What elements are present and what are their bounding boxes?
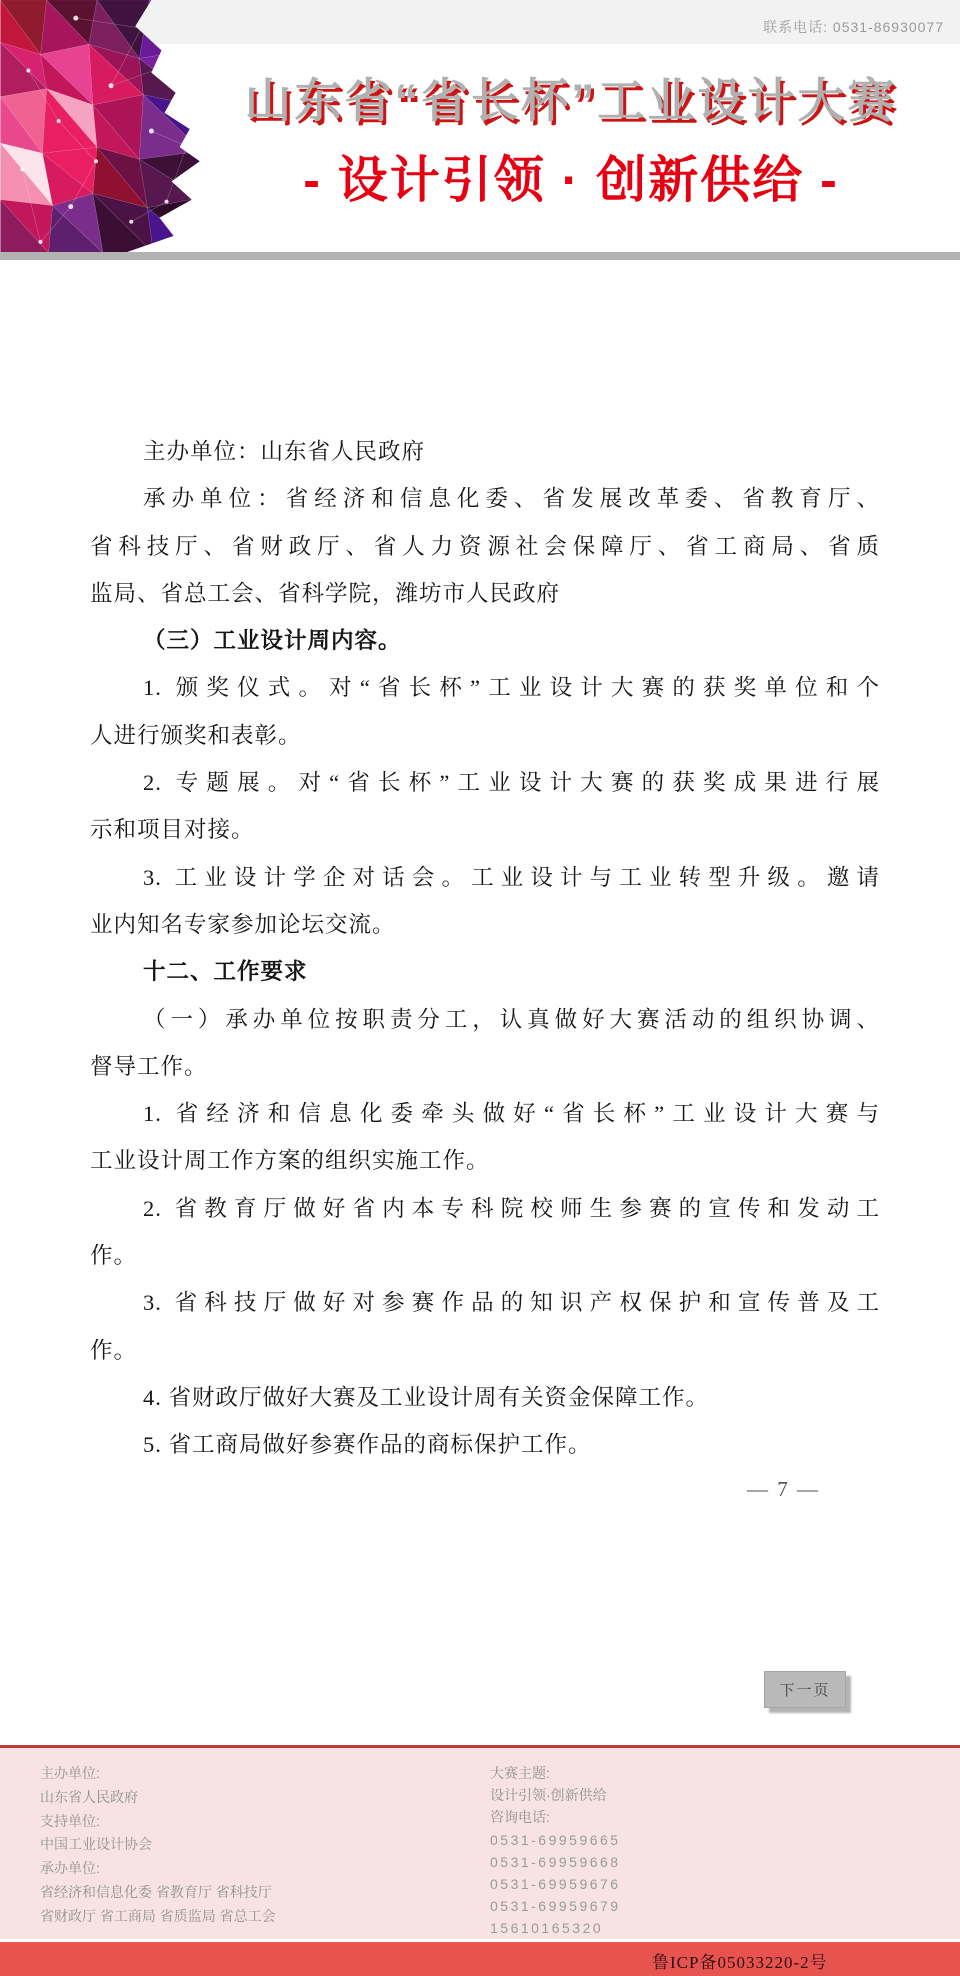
document-line: 作。 — [90, 1327, 880, 1374]
document-line: 督导工作。 — [90, 1043, 880, 1090]
next-page-button[interactable]: 下一页 — [764, 1671, 846, 1708]
footer-theme-item: 大赛主题: — [490, 1762, 621, 1784]
document-line: 5. 省工商局做好参赛作品的商标保护工作。 — [90, 1421, 880, 1468]
footer-organizer-item: 山东省人民政府 — [40, 1786, 276, 1810]
footer-organizer-item: 省经济和信息化委 省教育厅 省科技厅 — [40, 1881, 276, 1905]
document-line: 人进行颁奖和表彰。 — [90, 712, 880, 759]
footer-phone-number: 0531-69959679 — [490, 1895, 621, 1917]
footer-theme-item: 咨询电话: — [490, 1806, 621, 1828]
document-line: 工业设计周工作方案的组织实施工作。 — [90, 1137, 880, 1184]
document-line: 业内知名专家参加论坛交流。 — [90, 901, 880, 948]
document-line: 示和项目对接。 — [90, 806, 880, 853]
footer-organizer-item: 主办单位: — [40, 1762, 276, 1786]
page: 联系电话: 0531-86930077 — [0, 0, 960, 1976]
document-line: （一）承办单位按职责分工，认真做好大赛活动的组织协调、 — [90, 996, 880, 1043]
header-divider — [0, 252, 960, 260]
footer-theme-contact: 大赛主题:设计引领·创新供给咨询电话: 0531-699596650531-69… — [490, 1762, 621, 1940]
footer-organizer-list: 主办单位:山东省人民政府支持单位:中国工业设计协会承办单位:省经济和信息化委 省… — [40, 1762, 276, 1929]
footer-organizer-item: 省财政厅 省工商局 省质监局 省总工会 — [40, 1905, 276, 1929]
document-line: 1. 省经济和信息化委牵头做好“省长杯”工业设计大赛与 — [90, 1090, 880, 1137]
document-line: 十二、工作要求 — [90, 948, 880, 995]
footer-phone-number: 15610165320 — [490, 1917, 621, 1939]
footer-phone-number: 0531-69959668 — [490, 1851, 621, 1873]
footer-theme-list: 大赛主题:设计引领·创新供给咨询电话: — [490, 1762, 621, 1829]
document-line: 省科技厅、省财政厅、省人力资源社会保障厅、省工商局、省质 — [90, 523, 880, 570]
document-line: 3. 工业设计学企对话会。工业设计与工业转型升级。邀请 — [90, 854, 880, 901]
icp-bar: 鲁ICP备05033220-2号 — [0, 1942, 960, 1976]
footer-organizer-item: 承办单位: — [40, 1857, 276, 1881]
document-line: 1. 颁奖仪式。对“省长杯”工业设计大赛的获奖单位和个 — [90, 664, 880, 711]
document-line: 3. 省科技厅做好对参赛作品的知识产权保护和宣传普及工 — [90, 1279, 880, 1326]
icp-number: 鲁ICP备05033220-2号 — [652, 1948, 828, 1973]
footer-theme-item: 设计引领·创新供给 — [490, 1784, 621, 1806]
page-subtitle: - 设计引领 · 创新供给 - — [190, 140, 952, 212]
document-line: 作。 — [90, 1232, 880, 1279]
document-body: 主办单位：山东省人民政府承办单位：省经济和信息化委、省发展改革委、省教育厅、省科… — [90, 428, 880, 1469]
document-line: 主办单位：山东省人民政府 — [90, 428, 880, 475]
document-line: （三）工业设计周内容。 — [90, 617, 880, 664]
footer-phone-number: 0531-69959665 — [490, 1829, 621, 1851]
document-line: 承办单位：省经济和信息化委、省发展改革委、省教育厅、 — [90, 475, 880, 522]
document-page: 主办单位：山东省人民政府承办单位：省经济和信息化委、省发展改革委、省教育厅、省科… — [0, 260, 960, 1509]
document-line: 2. 省教育厅做好省内本专科院校师生参赛的宣传和发动工 — [90, 1185, 880, 1232]
footer-organizer-item: 支持单位: — [40, 1810, 276, 1834]
page-title: 山东省“省长杯”工业设计大赛 — [190, 64, 952, 131]
site-footer: 主办单位:山东省人民政府支持单位:中国工业设计协会承办单位:省经济和信息化委 省… — [0, 1745, 960, 1939]
footer-organizer-item: 中国工业设计协会 — [40, 1833, 276, 1857]
document-line: 监局、省总工会、省科学院，潍坊市人民政府 — [90, 570, 880, 617]
contact-phone: 联系电话: 0531-86930077 — [763, 17, 944, 37]
footer-phone-list: 0531-699596650531-699596680531-699596760… — [490, 1829, 621, 1940]
page-number: — 7 — — [90, 1469, 880, 1509]
document-line: 4. 省财政厅做好大赛及工业设计周有关资金保障工作。 — [90, 1374, 880, 1421]
polygon-art-graphic — [0, 0, 202, 253]
document-line: 2. 专题展。对“省长杯”工业设计大赛的获奖成果进行展 — [90, 759, 880, 806]
footer-phone-number: 0531-69959676 — [490, 1873, 621, 1895]
site-header: 联系电话: 0531-86930077 — [0, 0, 960, 260]
